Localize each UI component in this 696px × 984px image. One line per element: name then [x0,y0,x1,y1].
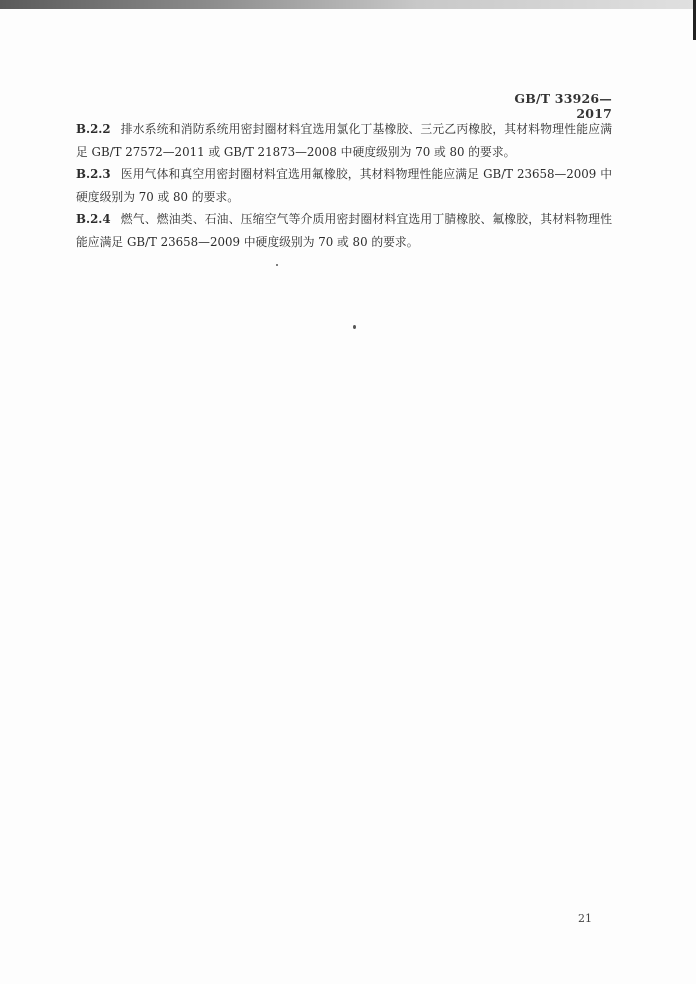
scan-speck [353,325,356,329]
clause-text: 医用气体和真空用密封圈材料宜选用氟橡胶，其材料物理性能应满足 GB/T 2365… [76,167,612,204]
clause-b-2-4: B.2.4燃气、燃油类、石油、压缩空气等介质用密封圈材料宜选用丁腈橡胶、氟橡胶，… [76,208,612,253]
scan-speck [276,264,278,266]
standard-code-header: GB/T 33926—2017 [500,91,612,121]
clause-id: B.2.2 [76,122,111,136]
clause-b-2-2: B.2.2排水系统和消防系统用密封圈材料宜选用氯化丁基橡胶、三元乙丙橡胶，其材料… [76,118,612,163]
clause-id: B.2.4 [76,212,111,226]
scan-edge-top [0,0,696,9]
document-body: B.2.2排水系统和消防系统用密封圈材料宜选用氯化丁基橡胶、三元乙丙橡胶，其材料… [76,118,612,253]
clause-text: 燃气、燃油类、石油、压缩空气等介质用密封圈材料宜选用丁腈橡胶、氟橡胶，其材料物理… [76,212,612,249]
clause-text: 排水系统和消防系统用密封圈材料宜选用氯化丁基橡胶、三元乙丙橡胶，其材料物理性能应… [76,122,612,159]
clause-id: B.2.3 [76,167,111,181]
clause-b-2-3: B.2.3医用气体和真空用密封圈材料宜选用氟橡胶，其材料物理性能应满足 GB/T… [76,163,612,208]
page-number: 21 [578,912,592,925]
